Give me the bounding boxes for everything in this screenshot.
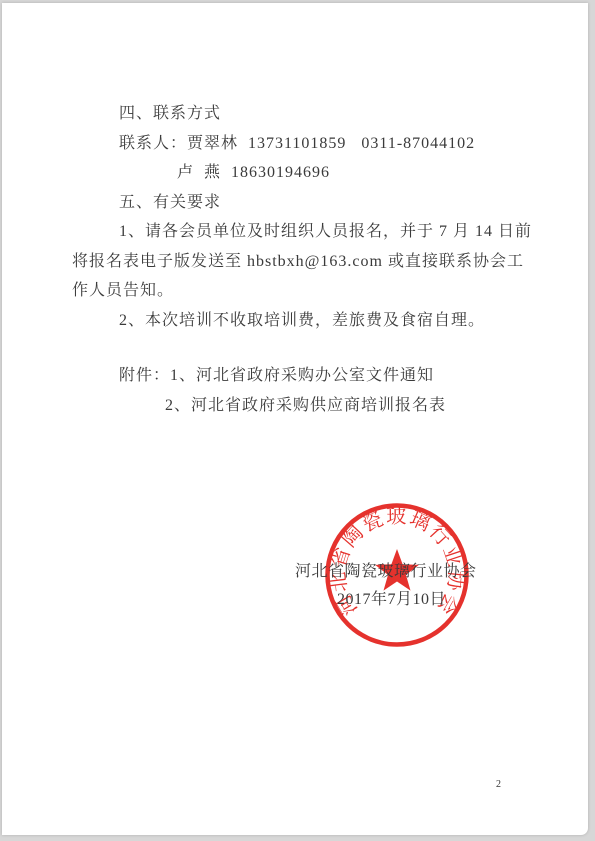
section-heading-requirements: 五、有关要求 <box>72 188 532 218</box>
signature-date: 2017年7月10日 <box>337 586 446 609</box>
section-heading-contact: 四、联系方式 <box>72 99 532 129</box>
contact-person-line: 联系人：贾翠林 13731101859 0311-87044102 <box>72 129 532 159</box>
document-body: 四、联系方式 联系人：贾翠林 13731101859 0311-87044102… <box>72 99 532 420</box>
requirement-line-3: 作人员告知。 <box>72 276 532 306</box>
attachment-item-1: 附件：1、河北省政府采购办公室文件通知 <box>72 361 532 391</box>
document-viewport: 四、联系方式 联系人：贾翠林 13731101859 0311-87044102… <box>0 0 595 841</box>
signature-organization: 河北省陶瓷玻璃行业协会 <box>295 558 477 581</box>
requirement-line-4: 2、本次培训不收取培训费，差旅费及食宿自理。 <box>72 306 532 336</box>
requirement-line-2: 将报名表电子版发送至 hbstbxh@163.com 或直接联系协会工 <box>72 247 532 277</box>
attachment-item-2: 2、河北省政府采购供应商培训报名表 <box>72 391 532 421</box>
page-number: 2 <box>496 779 501 790</box>
document-page: 四、联系方式 联系人：贾翠林 13731101859 0311-87044102… <box>2 3 588 835</box>
contact-person-line-2: 卢 燕 18630194696 <box>72 158 532 188</box>
attachments-list: 附件：1、河北省政府采购办公室文件通知 2、河北省政府采购供应商培训报名表 <box>72 361 532 420</box>
requirement-line-1: 1、请各会员单位及时组织人员报名，并于 7 月 14 日前 <box>72 217 532 247</box>
